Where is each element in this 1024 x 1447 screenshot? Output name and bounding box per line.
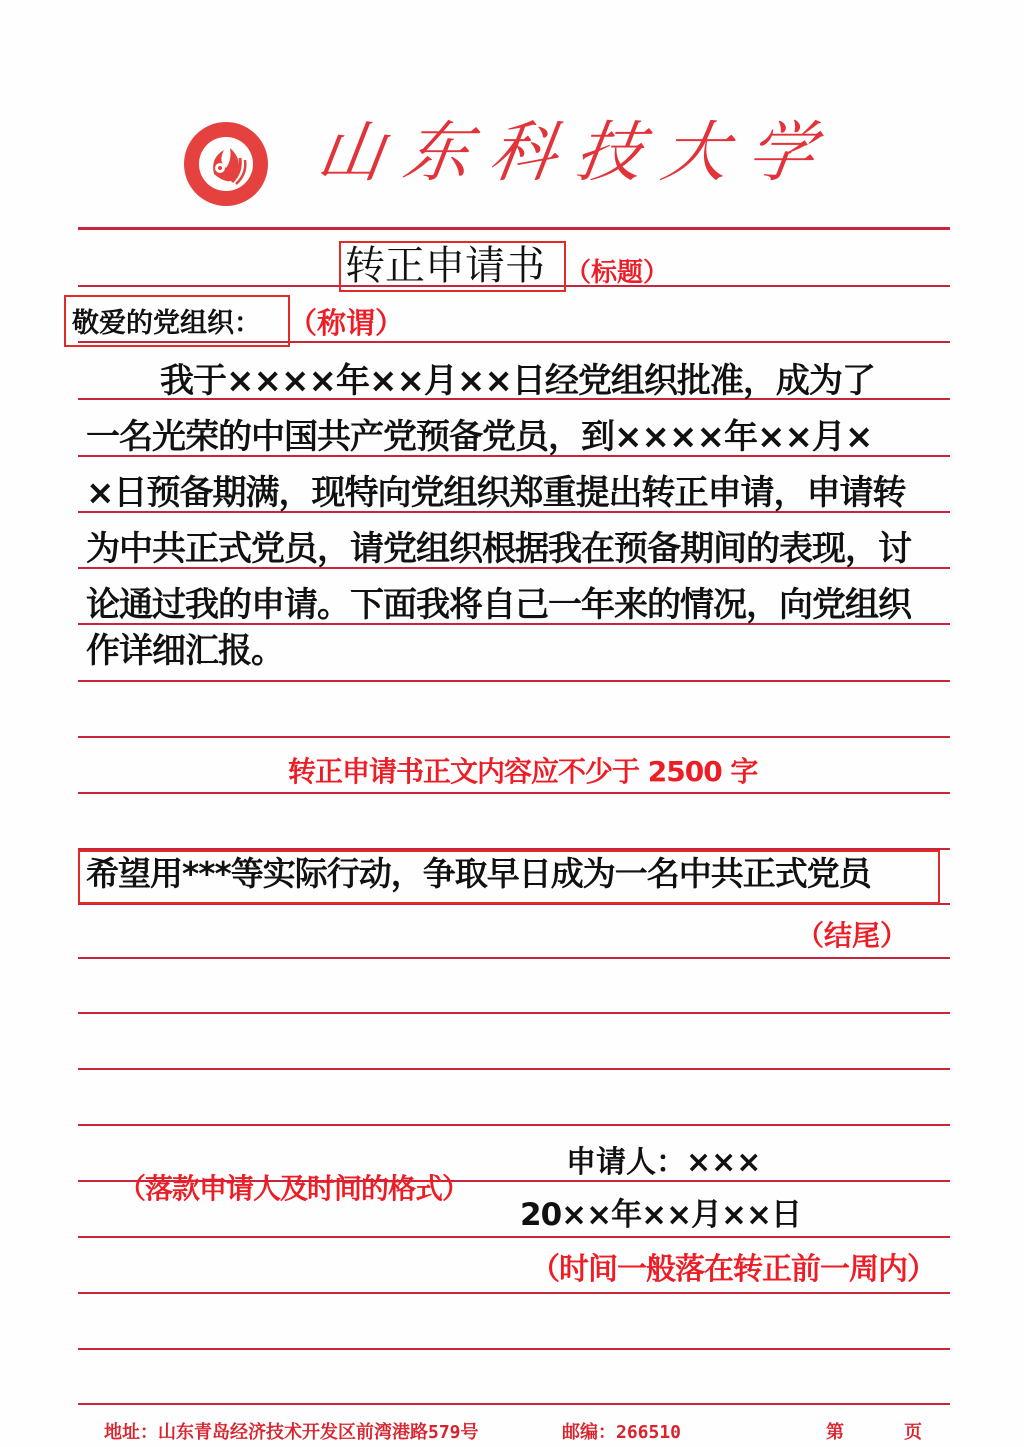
footer-page-prefix: 第 — [826, 1424, 844, 1442]
ruled-line — [78, 680, 950, 682]
title-annotation: （标题） — [565, 260, 669, 286]
salutation: 敬爱的党组织： — [72, 310, 261, 337]
date-annotation: （时间一般落在转正前一周内） — [530, 1255, 936, 1285]
footer-page-suffix: 页 — [904, 1424, 922, 1442]
body-line: 论通过我的申请。下面我将自己一年来的情况，向党组织 — [86, 588, 911, 622]
body-line: 我于××××年××月××日经党组织批准，成为了 — [160, 364, 875, 398]
salutation-annotation: （称谓） — [288, 309, 404, 338]
body-line: 作详细汇报。 — [86, 634, 284, 668]
body-line: 为中共正式党员，请党组织根据我在预备期间的表现，讨 — [86, 532, 911, 566]
university-emblem-icon — [184, 122, 268, 206]
body-line: 一名光荣的中国共产党预备党员，到××××年××月× — [86, 420, 872, 454]
ruled-line — [78, 1403, 950, 1405]
signature-annotation: （落款申请人及时间的格式） — [118, 1175, 469, 1203]
closing-sentence: 希望用***等实际行动，争取早日成为一名中共正式党员 — [86, 857, 871, 890]
ruled-line — [78, 1236, 950, 1238]
ruled-line — [78, 1012, 950, 1014]
ruled-line — [78, 1348, 950, 1350]
length-requirement-note: 转正申请书正文内容应不少于 2500 字 — [288, 758, 757, 786]
ruled-line — [78, 1292, 950, 1294]
closing-annotation: （结尾） — [796, 922, 908, 950]
letter-paper: 山东科技大学 转正申请书 （标题） 敬爱的党组织： （称谓） 我于××××年××… — [0, 0, 1024, 1447]
university-name-calligraphy: 山东科技大学 — [313, 120, 838, 186]
applicant-signature: 申请人：××× — [566, 1148, 761, 1178]
document-title: 转正申请书 — [345, 246, 545, 286]
ruled-line — [78, 736, 950, 738]
signature-date: 20××年××月××日 — [520, 1200, 801, 1231]
body-line: ×日预备期满，现特向党组织郑重提出转正申请，申请转 — [86, 476, 906, 510]
footer-address: 地址：山东青岛经济技术开发区前湾港路579号 — [104, 1424, 479, 1442]
ruled-line — [78, 957, 950, 959]
ruled-line — [78, 1068, 950, 1070]
ruled-line — [78, 792, 950, 794]
ruled-line — [78, 1124, 950, 1126]
footer-postcode: 邮编：266510 — [562, 1424, 681, 1442]
header-rule — [78, 227, 950, 230]
